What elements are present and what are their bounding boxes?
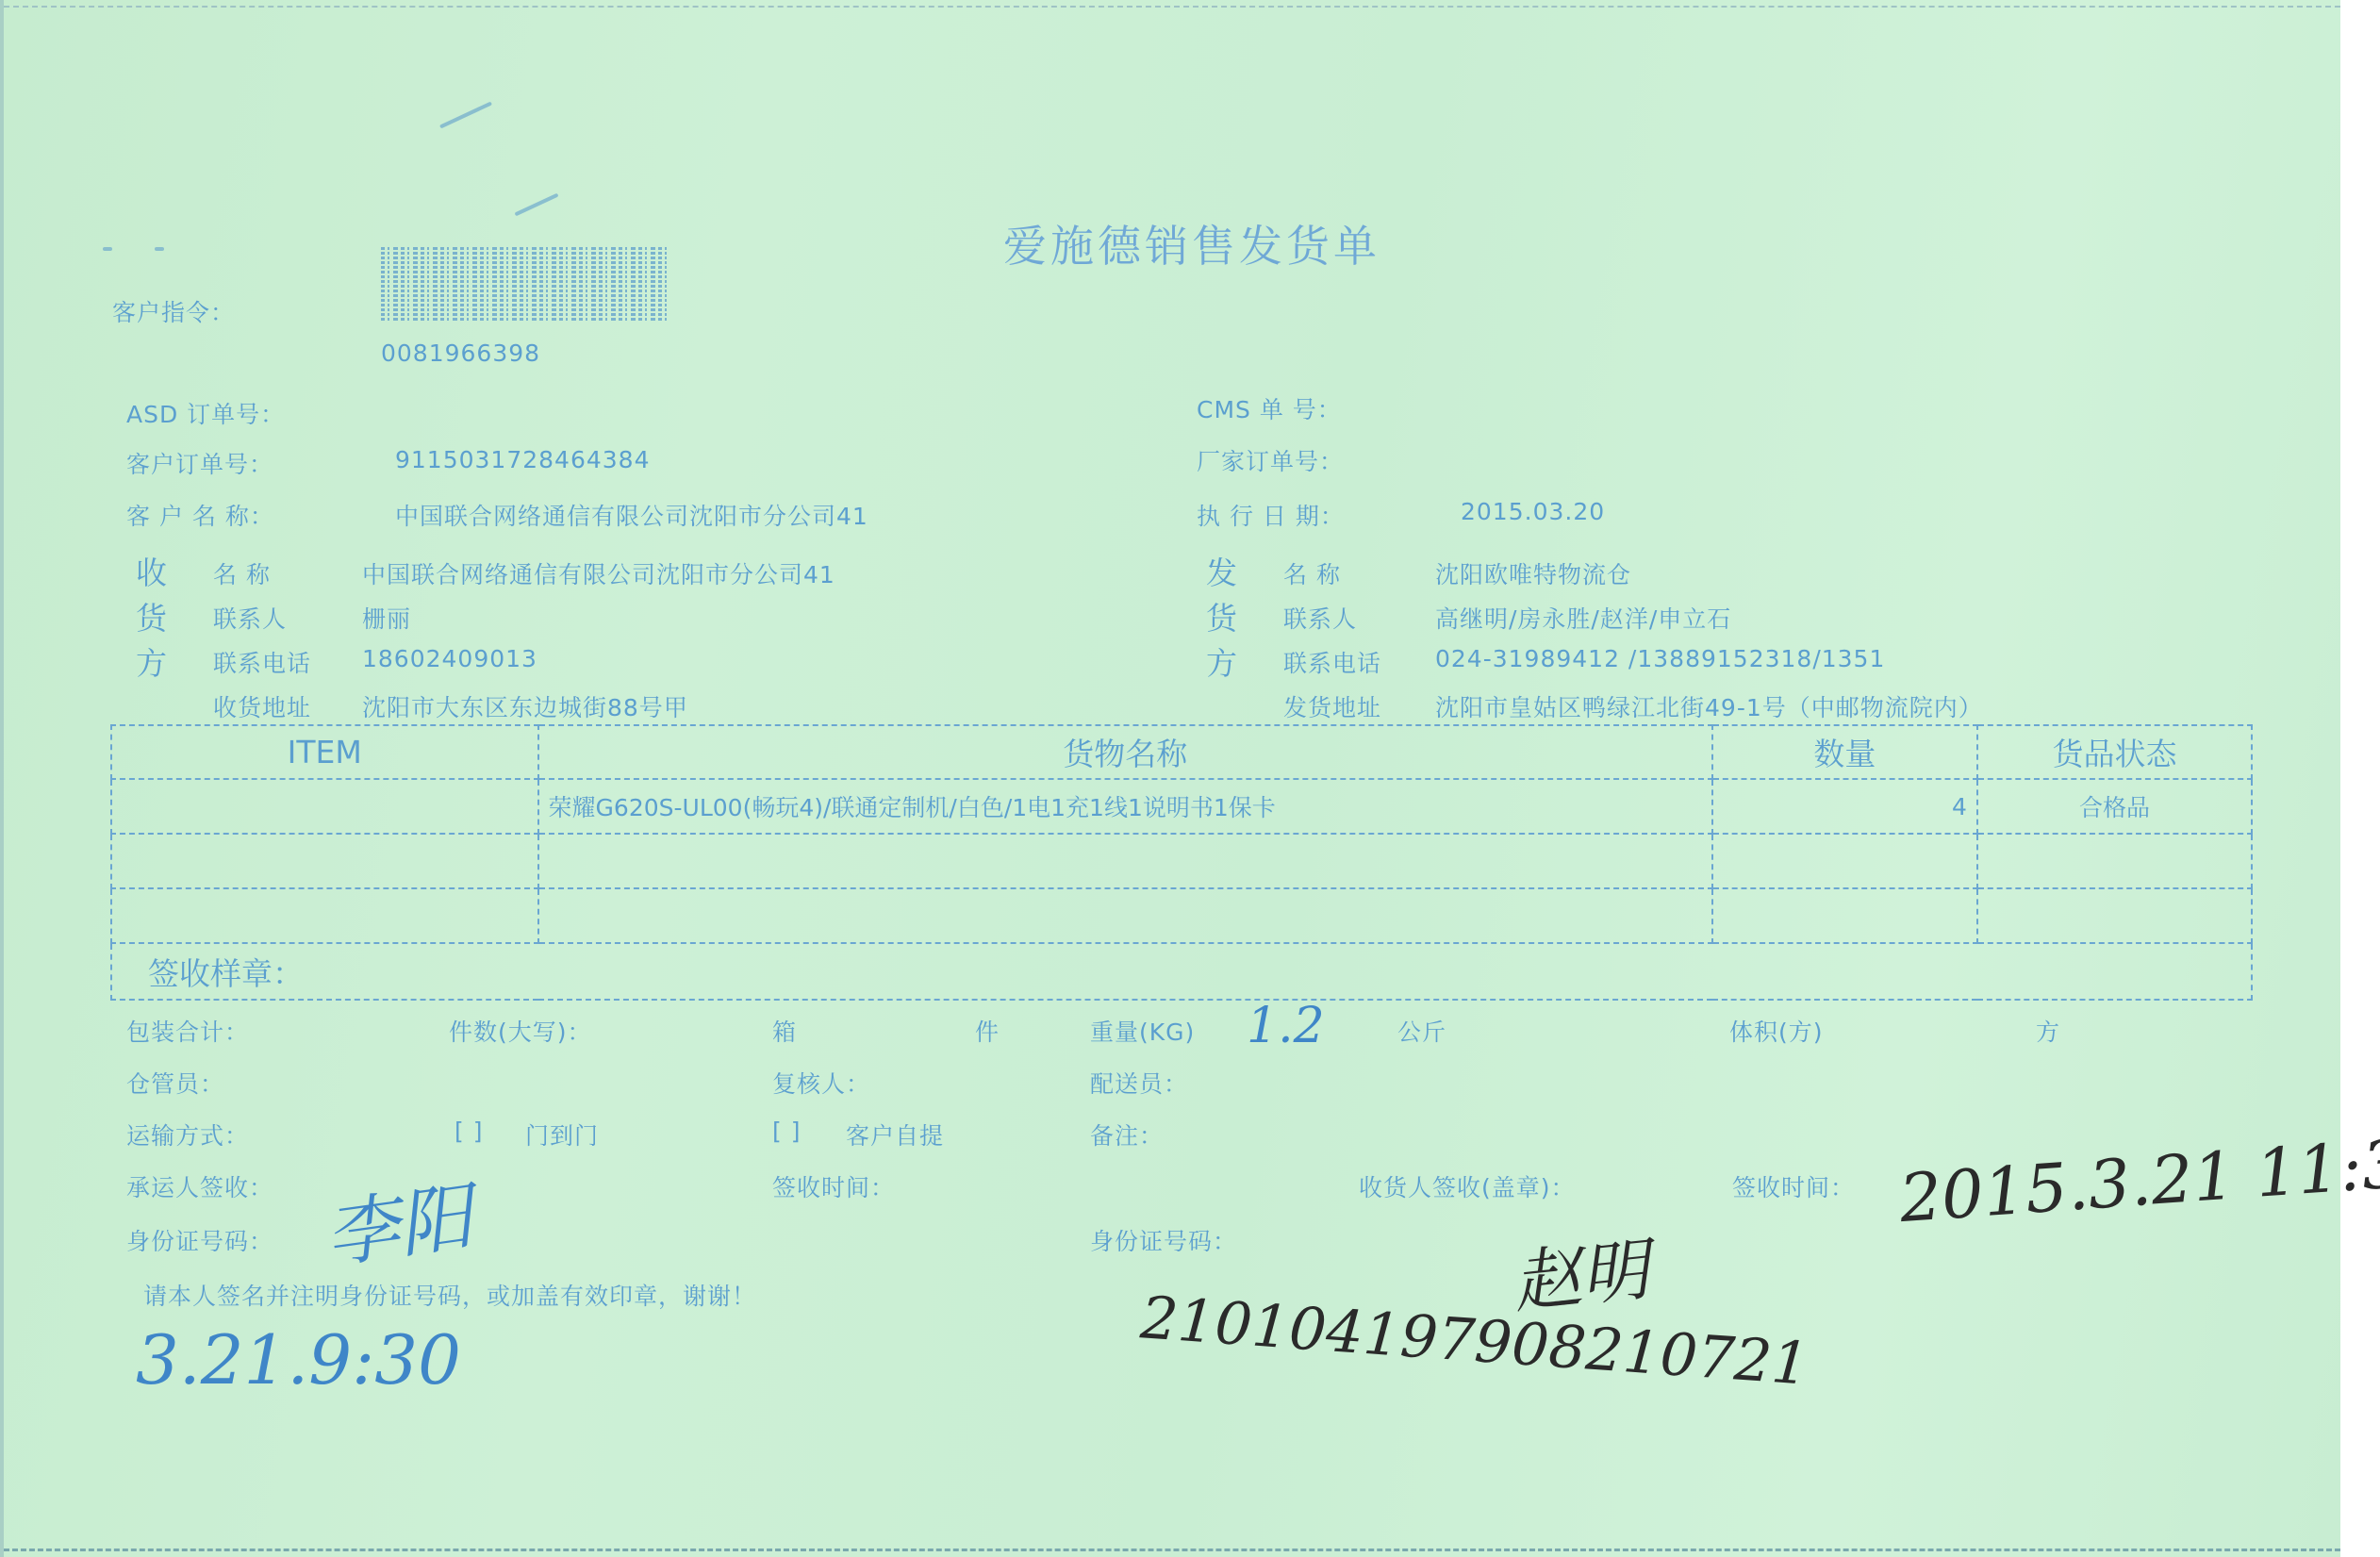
barcode bbox=[381, 247, 669, 321]
ink-mark bbox=[103, 247, 112, 251]
ink-mark bbox=[439, 102, 492, 129]
shipper-side-char-3: 方 bbox=[1206, 639, 1238, 684]
delivery-person-label: 配送员： bbox=[1090, 1066, 1188, 1100]
warehouse-keeper-label: 仓管员： bbox=[126, 1066, 224, 1100]
customer-order-value: 9115031728464384 bbox=[395, 446, 651, 473]
self-pickup-label: 客户自提 bbox=[846, 1118, 944, 1151]
cell-item bbox=[111, 779, 538, 834]
goods-table: ITEM 货物名称 数量 货品状态 荣耀G620S-UL00(畅玩4)/联通定制… bbox=[110, 724, 2253, 1001]
shipper-address-label: 发货地址 bbox=[1283, 689, 1381, 723]
door-to-door-checkbox[interactable]: [ ] bbox=[455, 1118, 483, 1145]
shipper-contact-label: 联系人 bbox=[1283, 601, 1357, 635]
ink-mark bbox=[155, 247, 164, 251]
customer-command-value: 0081966398 bbox=[381, 340, 540, 367]
carrier-signature: 李阳 bbox=[318, 1158, 478, 1284]
table-row: 荣耀G620S-UL00(畅玩4)/联通定制机/白色/1电1充1线1说明书1保卡… bbox=[111, 779, 2252, 834]
document-title: 爱施德销售发货单 bbox=[1003, 212, 1380, 274]
cms-order-label: CMS 单 号： bbox=[1197, 391, 1342, 425]
exec-date-label: 执 行 日 期： bbox=[1197, 498, 1345, 532]
receiver-sign-time-handwritten: 2015.3.21 11:34 bbox=[1897, 1122, 2380, 1237]
cell-goods-name bbox=[538, 834, 1712, 888]
weight-handwritten: 1.2 bbox=[1247, 998, 1325, 1054]
remarks-label: 备注： bbox=[1090, 1118, 1164, 1151]
asd-order-label: ASD 订单号： bbox=[126, 396, 285, 430]
package-total-label: 包装合计： bbox=[126, 1014, 249, 1048]
receiver-id-handwritten: 210104197908210721 bbox=[1138, 1283, 1810, 1398]
customer-name-value: 中国联合网络通信有限公司沈阳市分公司41 bbox=[395, 498, 868, 532]
cell-quantity bbox=[1712, 888, 1977, 943]
exec-date-value: 2015.03.20 bbox=[1461, 498, 1605, 525]
delivery-note-paper: 爱施德销售发货单 客户指令： 0081966398 ASD 订单号： 客户订单号… bbox=[0, 0, 2340, 1557]
receiver-phone-value: 18602409013 bbox=[362, 645, 537, 672]
vendor-order-label: 厂家订单号： bbox=[1197, 443, 1344, 477]
receiver-name-value: 中国联合网络通信有限公司沈阳市分公司41 bbox=[362, 556, 835, 590]
piece-label: 件 bbox=[975, 1014, 1000, 1048]
cell-quantity bbox=[1712, 834, 1977, 888]
shipper-phone-value: 024-31989412 /13889152318/1351 bbox=[1435, 645, 1885, 672]
table-header-row: ITEM 货物名称 数量 货品状态 bbox=[111, 725, 2252, 779]
column-header-goods-name: 货物名称 bbox=[538, 725, 1712, 779]
sign-stamp-label: 签收样章： bbox=[111, 943, 2252, 1000]
shipper-phone-label: 联系电话 bbox=[1283, 645, 1381, 679]
column-header-quantity: 数量 bbox=[1712, 725, 1977, 779]
column-header-status: 货品状态 bbox=[1977, 725, 2252, 779]
door-to-door-label: 门到门 bbox=[525, 1118, 599, 1151]
cell-status bbox=[1977, 834, 2252, 888]
receiver-phone-label: 联系电话 bbox=[213, 645, 311, 679]
shipper-contact-value: 高继明/房永胜/赵洋/申立石 bbox=[1435, 601, 1731, 635]
signature-notice: 请本人签名并注明身份证号码，或加盖有效印章，谢谢！ bbox=[143, 1278, 756, 1312]
box-label: 箱 bbox=[772, 1014, 797, 1048]
shipper-side-char-2: 货 bbox=[1206, 594, 1238, 638]
ink-mark bbox=[514, 193, 558, 217]
shipper-address-value: 沈阳市皇姑区鸭绿江北街49-1号（中邮物流院内） bbox=[1435, 689, 1983, 723]
customer-name-label: 客 户 名 称： bbox=[126, 498, 274, 532]
weight-unit: 公斤 bbox=[1397, 1014, 1446, 1048]
receiver-side-char-2: 货 bbox=[136, 594, 168, 638]
receiver-sign-label: 收货人签收(盖章)： bbox=[1359, 1169, 1576, 1203]
column-header-item: ITEM bbox=[111, 725, 538, 779]
receiver-name-label: 名 称 bbox=[213, 556, 271, 590]
carrier-id-label: 身份证号码： bbox=[126, 1223, 273, 1257]
customer-command-label: 客户指令： bbox=[112, 294, 235, 328]
receiver-contact-label: 联系人 bbox=[213, 601, 287, 635]
perforation-bottom bbox=[4, 1549, 2340, 1557]
table-row bbox=[111, 888, 2252, 943]
sign-stamp-row: 签收样章： bbox=[111, 943, 2252, 1000]
shipper-name-value: 沈阳欧唯特物流仓 bbox=[1435, 556, 1631, 590]
pieces-label: 件数(大写)： bbox=[449, 1014, 592, 1048]
volume-label: 体积(方) bbox=[1729, 1014, 1824, 1048]
cell-status: 合格品 bbox=[1977, 779, 2252, 834]
receiver-side-char-1: 收 bbox=[136, 549, 168, 593]
reviewer-label: 复核人： bbox=[772, 1066, 870, 1100]
receiver-address-value: 沈阳市大东区东边城街88号甲 bbox=[362, 689, 688, 723]
receiver-address-label: 收货地址 bbox=[213, 689, 311, 723]
self-pickup-checkbox[interactable]: [ ] bbox=[772, 1118, 801, 1145]
cell-item bbox=[111, 834, 538, 888]
receiver-id-label: 身份证号码： bbox=[1090, 1223, 1237, 1257]
transport-method-label: 运输方式： bbox=[126, 1118, 249, 1151]
cell-quantity: 4 bbox=[1712, 779, 1977, 834]
cell-status bbox=[1977, 888, 2252, 943]
perforation-top bbox=[4, 0, 2340, 8]
shipper-name-label: 名 称 bbox=[1283, 556, 1341, 590]
carrier-sign-time-label: 签收时间： bbox=[772, 1169, 895, 1203]
receiver-contact-value: 栅丽 bbox=[362, 601, 411, 635]
cell-goods-name: 荣耀G620S-UL00(畅玩4)/联通定制机/白色/1电1充1线1说明书1保卡 bbox=[538, 779, 1712, 834]
receiver-sign-time-label: 签收时间： bbox=[1732, 1169, 1855, 1203]
carrier-handwritten-time: 3.21.9:30 bbox=[136, 1320, 461, 1400]
shipper-side-char-1: 发 bbox=[1206, 549, 1238, 593]
carrier-sign-label: 承运人签收： bbox=[126, 1169, 273, 1203]
table-row bbox=[111, 834, 2252, 888]
cell-item bbox=[111, 888, 538, 943]
cell-goods-name bbox=[538, 888, 1712, 943]
weight-label: 重量(KG) bbox=[1090, 1014, 1195, 1048]
receiver-side-char-3: 方 bbox=[136, 639, 168, 684]
customer-order-label: 客户订单号： bbox=[126, 446, 273, 480]
volume-unit: 方 bbox=[2036, 1014, 2060, 1048]
